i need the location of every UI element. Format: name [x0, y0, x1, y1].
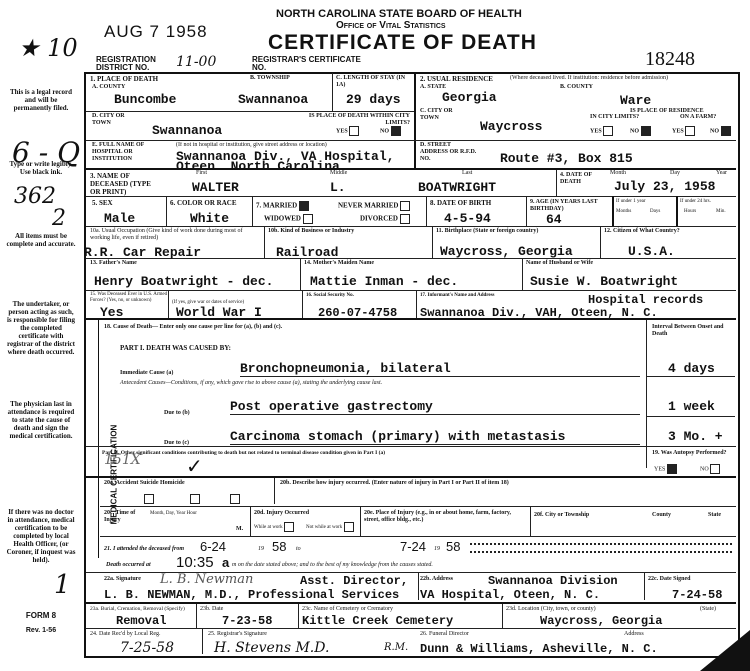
age-value: 64 — [546, 213, 562, 227]
immediate-label: Immediate Cause (a) — [120, 370, 173, 377]
divider — [86, 628, 736, 629]
funeral-director-label: 26. Funeral Director — [420, 631, 469, 638]
burial-location: Waycross, Georgia — [540, 614, 662, 628]
month-label: Month — [610, 170, 626, 177]
yes-label: YES — [590, 128, 602, 134]
farm-no-checkbox[interactable] — [721, 126, 731, 136]
months-label: Months — [616, 208, 631, 215]
stay-label: c. Length of Stay (in 1a) — [336, 75, 412, 89]
armed-forces-label: 15. Was Deceased Ever in U.S. Armed Forc… — [90, 292, 170, 304]
death-township: Swannanoa — [238, 93, 308, 107]
yes-label: YES — [672, 128, 684, 134]
divider — [360, 506, 361, 536]
citizen-label: 12. Citizen of What Country? — [604, 228, 680, 235]
part1-label: Part I. Death was caused by: — [120, 344, 231, 352]
funeral-address-label: Address — [624, 631, 644, 638]
divider — [300, 258, 301, 290]
divider — [522, 258, 523, 290]
date-of-death: July 23, 1958 — [614, 180, 715, 194]
social-security-number: 260-07-4758 — [318, 306, 397, 320]
divorced-label: Divorced — [360, 215, 398, 223]
death-county: Buncombe — [114, 93, 176, 107]
signer-address-2: VA Hospital, Oteen, N. C. — [420, 588, 600, 602]
death-city: Swannanoa — [152, 124, 222, 138]
yes-label: YES — [336, 128, 348, 134]
divider — [86, 140, 736, 141]
no-label: NO — [700, 466, 709, 472]
dod-label: 4. Date of Death — [560, 172, 600, 186]
not-work-option[interactable]: Not while at work — [306, 522, 360, 532]
divider — [250, 506, 251, 536]
length-of-stay: 29 days — [346, 93, 401, 107]
signer-address-1: Swannanoa Division — [488, 574, 618, 588]
residence-hint: (Where deceased lived. If institution: r… — [510, 75, 734, 82]
city-limits-label: Is Place of Death Within City Limits? — [300, 113, 410, 127]
city-limits-yes[interactable]: YES — [336, 126, 359, 136]
form-number: FORM 8 — [6, 612, 76, 620]
age-label: 9. Age (In years last birthday) — [530, 199, 612, 213]
registrar-initials: R.M. — [384, 642, 408, 653]
divider — [556, 170, 557, 196]
autopsy-no-checkbox[interactable] — [710, 464, 720, 474]
place-of-injury-label: 20e. Place of Injury (e.g., in or about … — [364, 510, 528, 524]
year-prefix-1: 19 — [258, 546, 264, 553]
divider — [86, 111, 414, 112]
middle-name: L. — [330, 181, 346, 195]
corner-shadow — [700, 630, 750, 671]
race-label: 6. Color or Race — [170, 199, 237, 207]
immediate-interval: 4 days — [668, 362, 715, 376]
location-state-label: (State) — [700, 606, 716, 613]
spouse-label: Name of Husband or Wife — [526, 260, 593, 267]
manner-label: 20a. Accident Suicide Homicide — [104, 480, 185, 487]
burial-type-label: 23a. Burial, Cremation, Removal (Specify… — [90, 606, 194, 612]
at-work-label: While at work — [254, 525, 283, 530]
year-label: Year — [716, 170, 727, 177]
m-label: M. — [236, 526, 243, 533]
at-work-checkbox[interactable] — [284, 522, 294, 532]
widowed-option[interactable]: Widowed — [264, 214, 313, 224]
office-title: Office of Vital Statistics — [336, 20, 446, 31]
last-name: BOATWRIGHT — [418, 181, 496, 195]
under-year-label: If under 1 year — [616, 198, 646, 205]
on-farm-label: On a Farm? — [680, 114, 716, 121]
form-revision: Rev. 1-56 — [6, 627, 76, 635]
autopsy-yes-checkbox[interactable] — [667, 464, 677, 474]
city-limits-yes-checkbox[interactable] — [349, 126, 359, 136]
registrar-signature: H. Stevens M.D. — [214, 640, 329, 656]
res-county: Ware — [620, 94, 651, 108]
divider — [86, 196, 736, 197]
days-label: Days — [650, 208, 660, 215]
divorced-option[interactable]: Divorced — [360, 214, 410, 224]
divider — [196, 604, 197, 628]
married-label: 7. Married — [256, 202, 297, 210]
first-label: First — [196, 170, 207, 177]
antecedent-label: Antecedent Causes—Conditions, if any, wh… — [120, 380, 382, 387]
attended-label: 21. I attended the deceased from — [104, 546, 184, 553]
cause-label: 18. Cause of Death— Enter only one cause… — [104, 324, 282, 331]
hospital-label: e. Full Name of Hospital or Institution — [92, 142, 172, 163]
spouse-name: Susie W. Boatwright — [530, 275, 678, 289]
hospital-line-2: Oteen, North Carolina — [176, 160, 340, 168]
street-label: d. Street Address or R.F.D. No. — [420, 142, 480, 163]
signer-title: Asst. Director, — [300, 574, 408, 588]
side-note-undertaker: The undertaker, or person acting as such… — [6, 300, 76, 356]
injury-state-label: State — [708, 512, 721, 519]
married-checkbox[interactable] — [299, 201, 309, 211]
sex-value: Male — [104, 212, 135, 226]
business-label: 10b. Kind of Business or Industry — [268, 228, 354, 235]
physician-signature: L. B. Newman — [160, 572, 253, 587]
res-city-label: c. City or Town — [420, 108, 460, 122]
divider — [86, 168, 736, 170]
attended-to-year: 58 — [446, 540, 460, 554]
occupation: R.R. Car Repair — [84, 246, 201, 260]
reg-district-value: 11-00 — [176, 54, 216, 70]
in-city-label: In City Limits? — [590, 114, 639, 121]
divider — [202, 628, 203, 654]
mother-label: 14. Mother's Maiden Name — [304, 260, 374, 267]
occupation-label: 10a. Usual Occupation (Give kind of work… — [90, 228, 262, 242]
not-work-checkbox[interactable] — [344, 522, 354, 532]
divider — [166, 196, 167, 226]
father-label: 13. Father's Name — [90, 260, 137, 267]
farm-yes[interactable]: YES — [672, 126, 695, 136]
hospital-hint: (If not in hospital or institution, give… — [176, 142, 416, 149]
min-label: Min. — [716, 208, 726, 215]
time-cols-label: Month, Day, Year Hour — [150, 510, 197, 517]
star-note: ★ 10 — [18, 34, 78, 62]
divider — [426, 196, 427, 226]
divider — [100, 506, 736, 507]
divider — [298, 604, 299, 628]
side-note-no-doctor: If there was no doctor in attendance, me… — [6, 508, 76, 564]
to-label: to — [296, 546, 301, 553]
burial-type: Removal — [116, 614, 166, 628]
strikeout-line — [470, 543, 732, 553]
registrar-cert-label: Registrar's Certificate No. — [252, 56, 372, 72]
date-of-birth: 4-5-94 — [444, 212, 491, 226]
signature-label: 22a. Signature — [104, 576, 141, 583]
registrar-sig-label: 25. Registrar's Signature — [208, 631, 267, 638]
side-note-type: Type or write legibly. Use black ink. — [6, 160, 76, 176]
reg-district-label: Registration District No. — [96, 56, 176, 72]
widowed-label: Widowed — [264, 215, 301, 223]
name-label: 3. Name of Deceased (Type or Print) — [90, 172, 160, 196]
divider — [526, 196, 527, 226]
due-to-b: Post operative gastrectomy — [230, 400, 640, 415]
res-city-no-checkbox[interactable] — [641, 126, 651, 136]
res-street: Route #3, Box 815 — [500, 152, 633, 166]
injury-city-label: 20f. City or Township — [534, 512, 589, 519]
county-label: a. County — [92, 84, 125, 91]
funeral-director: Dunn & Williams, Asheville, N. C. — [420, 642, 658, 656]
armed-forces: Yes — [100, 306, 123, 320]
married-option[interactable]: 7. Married — [256, 201, 309, 211]
attended-to-date: 7-24 — [400, 540, 426, 554]
informant-line-1: Hospital records — [588, 293, 703, 307]
margin-code-3: 2 — [52, 206, 66, 231]
cemetery-label: 23c. Name of Cemetery or Crematory — [302, 606, 393, 613]
sex-label: 5. Sex — [92, 199, 113, 207]
describe-injury-label: 20b. Describe how injury occurred. (Ente… — [280, 480, 509, 487]
injury-county-label: County — [652, 512, 671, 519]
immediate-cause: Bronchopneumonia, bilateral — [240, 362, 640, 377]
ssn-label: 16. Social Security No. — [306, 292, 354, 299]
widowed-checkbox[interactable] — [303, 214, 313, 224]
res-city-no[interactable]: NO — [630, 126, 651, 136]
mother-name: Mattie Inman - dec. — [310, 275, 458, 289]
death-at-suffix: m on the date stated above; and to the b… — [232, 562, 433, 569]
margin-code-4: 1 — [54, 570, 71, 600]
divider — [86, 602, 736, 604]
burial-date: 7-23-58 — [222, 614, 272, 628]
never-married-option[interactable]: Never Married — [338, 201, 410, 211]
res-county-label: b. County — [560, 84, 593, 91]
divider — [86, 446, 736, 447]
part2-label: Part II. Other significant conditions co… — [102, 450, 385, 457]
divider — [252, 196, 253, 226]
time-of-injury-label: 20c. Time of Injury — [104, 510, 144, 524]
birthplace: Waycross, Georgia — [440, 245, 573, 259]
date-received: 7-25-58 — [120, 640, 174, 656]
never-married-label: Never Married — [338, 202, 398, 210]
divider — [274, 478, 275, 504]
war-service: World War I — [176, 306, 262, 320]
divider — [530, 506, 531, 536]
under-day-label: If under 24 hrs. — [680, 198, 711, 205]
divider — [600, 226, 601, 258]
margin-code-2: 362 — [14, 184, 56, 209]
certificate-number: 18248 — [645, 48, 695, 71]
res-city: Waycross — [480, 120, 542, 134]
autopsy-no[interactable]: NO — [700, 464, 720, 474]
township-label: b. Township — [250, 75, 290, 82]
divider — [502, 604, 503, 628]
res-city-yes-checkbox[interactable] — [603, 126, 613, 136]
first-name: WALTER — [192, 181, 239, 195]
never-married-checkbox[interactable] — [400, 201, 410, 211]
divider — [676, 196, 678, 226]
divider — [264, 226, 265, 258]
res-city-yes[interactable]: YES — [590, 126, 613, 136]
divider — [612, 196, 614, 226]
attended-from-date: 6-24 — [200, 540, 226, 554]
no-label: NO — [630, 128, 639, 134]
side-note-complete: All items must be complete and accurate. — [6, 232, 76, 248]
burial-date-label: 23b. Date — [200, 606, 223, 613]
city-limits-no-checkbox[interactable] — [391, 126, 401, 136]
divider — [100, 536, 736, 537]
day-label: Day — [670, 170, 680, 177]
informant-label: 17. Informant's Name and Address — [420, 292, 495, 299]
res-state: Georgia — [442, 91, 497, 105]
due-c-interval: 3 Mo. + — [668, 430, 723, 444]
citizen: U.S.A. — [628, 245, 675, 259]
location-label: 23d. Location (City, town, or county) — [506, 606, 596, 613]
farm-no[interactable]: NO — [710, 126, 731, 136]
address-label: 22b. Address — [420, 576, 453, 583]
middle-label: Middle — [330, 170, 347, 177]
last-label: Last — [462, 170, 472, 177]
side-note-physician: The physician last in attendance is requ… — [6, 400, 76, 440]
place-of-death-label: 1. Place of Death — [90, 75, 158, 83]
side-note-legal: This is a legal record and will be perma… — [6, 88, 76, 112]
divider — [644, 572, 645, 600]
autopsy-yes[interactable]: YES — [654, 464, 677, 474]
informant-line-2: Swannanoa Div., VAH, Oteen, N. C. — [420, 306, 658, 320]
divider — [302, 290, 303, 318]
death-city-label: d. City or Town — [92, 113, 132, 127]
residence-label: 2. Usual Residence — [420, 75, 493, 83]
father-name: Henry Boatwright - dec. — [94, 275, 273, 289]
divider — [647, 376, 735, 377]
dob-label: 8. Date of Birth — [430, 199, 491, 207]
autopsy-label: 19. Was Autopsy Performed? — [652, 450, 732, 457]
no-label: NO — [710, 128, 719, 134]
date-signed-label: 22c. Date Signed — [648, 576, 691, 583]
due-b-label: Due to (b) — [164, 410, 190, 417]
divider — [432, 226, 433, 258]
divorced-checkbox[interactable] — [400, 214, 410, 224]
date-received-label: 24. Date Rec'd by Local Reg. — [90, 631, 200, 638]
birthplace-label: 11. Birthplace (State or foreign country… — [436, 228, 538, 235]
race-value: White — [190, 212, 229, 226]
death-at-label: Death occurred at — [106, 562, 151, 569]
due-to-c: Carcinoma stomach (primary) with metasta… — [230, 430, 640, 445]
not-work-label: Not while at work — [306, 525, 342, 530]
divider — [414, 73, 416, 169]
divider — [418, 572, 419, 600]
interval-label: Interval Between Onset and Death — [652, 324, 736, 338]
divider — [86, 476, 736, 478]
board-title: NORTH CAROLINA STATE BOARD OF HEALTH — [276, 8, 522, 20]
yes-label: YES — [654, 466, 665, 472]
business: Railroad — [276, 246, 338, 260]
divider — [86, 226, 736, 227]
city-limits-no[interactable]: NO — [380, 126, 401, 136]
stamp-date: AUG 7 1958 — [104, 22, 208, 42]
injury-occurred-label: 20d. Injury Occurred — [254, 510, 309, 517]
divider — [416, 290, 417, 318]
attended-from-year: 58 — [272, 540, 286, 554]
page-title: CERTIFICATE OF DEATH — [268, 31, 537, 55]
divider — [647, 416, 735, 417]
no-label: NO — [380, 128, 389, 134]
year-prefix-2: 19 — [434, 546, 440, 553]
med-cert-rule — [98, 318, 99, 558]
divider — [86, 290, 736, 291]
signer-name: L. B. NEWMAN, M.D., Professional Service… — [104, 588, 399, 602]
cemetery-name: Kittle Creek Cemetery — [302, 614, 453, 628]
date-signed: 7-24-58 — [672, 588, 722, 602]
due-b-interval: 1 week — [668, 400, 715, 414]
farm-yes-checkbox[interactable] — [685, 126, 695, 136]
hours-label: Hours — [684, 208, 696, 215]
at-work-option[interactable]: While at work — [254, 522, 304, 532]
death-time: 10:35 — [176, 556, 214, 570]
death-ampm: a — [222, 556, 229, 570]
divider — [332, 73, 333, 111]
